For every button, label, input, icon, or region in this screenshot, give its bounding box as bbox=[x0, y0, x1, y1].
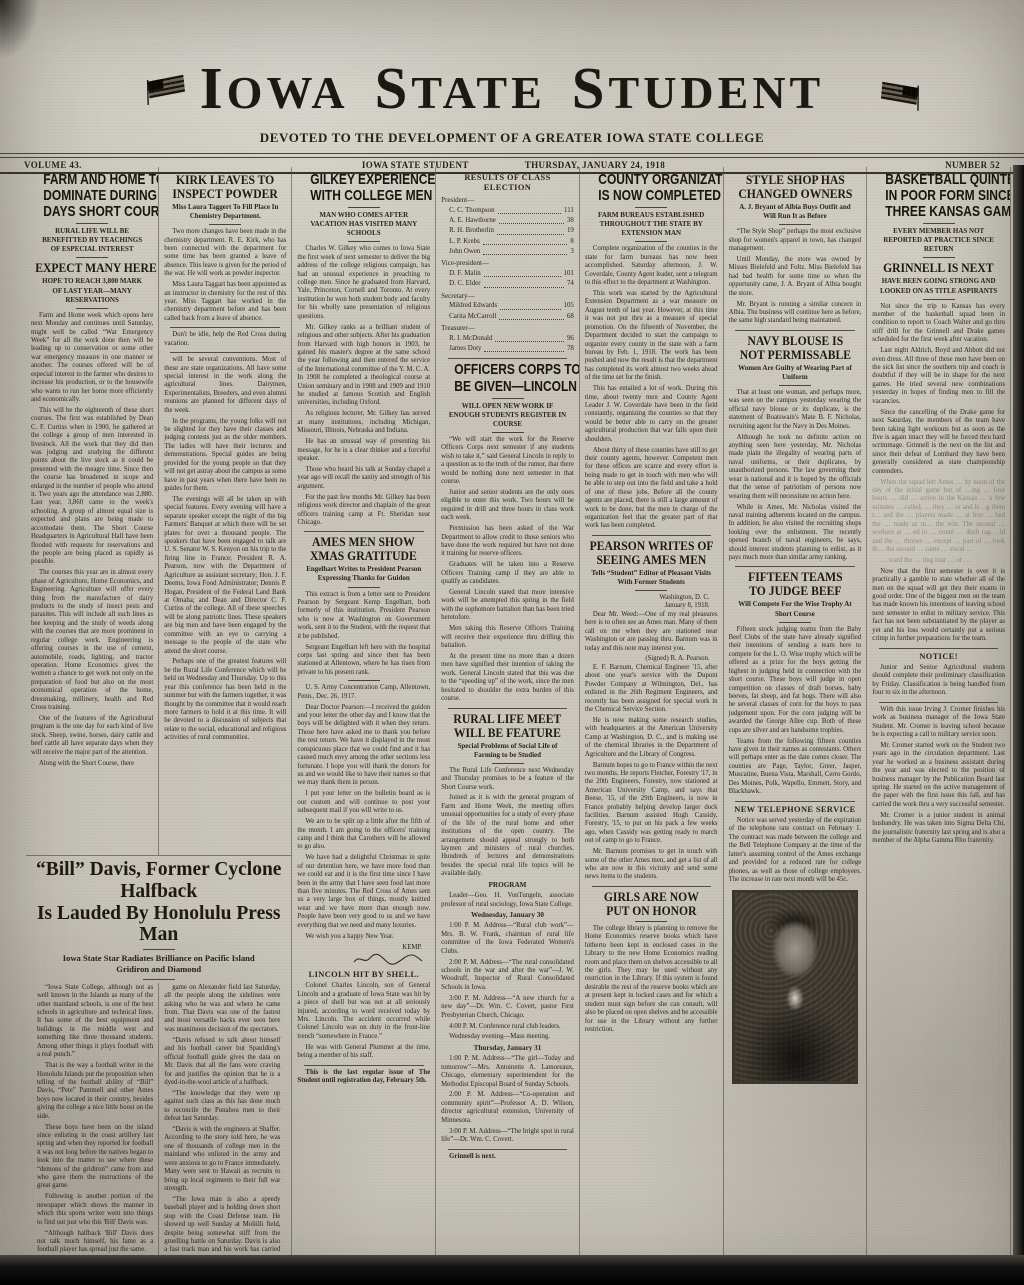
article-headline-small: LINCOLN HIT BY SHELL. bbox=[297, 970, 430, 980]
paragraph: 3:00 P. M. Address—“The bright spot in r… bbox=[441, 1128, 574, 1145]
section-rule bbox=[143, 949, 175, 950]
article-headline-small: RESULTS OF CLASS ELECTION bbox=[441, 173, 574, 194]
candidate-name: R. I. McDonald bbox=[449, 334, 492, 344]
program-heading: Wednesday, January 30 bbox=[441, 911, 574, 920]
kemp-signature-scrawl bbox=[297, 952, 430, 967]
election-row: D. F. Malin101 bbox=[441, 269, 574, 279]
paragraph: This has entailed a lot of work. During … bbox=[585, 385, 718, 444]
paragraph: Following is another portion of the news… bbox=[37, 1193, 153, 1227]
section-rule bbox=[635, 590, 667, 591]
headline-line: DAYS SHORT COURSE bbox=[43, 204, 141, 220]
paragraph: Charles W. Gilkey who comes to Iowa Stat… bbox=[297, 245, 430, 321]
section-rule bbox=[76, 257, 108, 258]
article-headline: GIRLS ARE NOWPUT ON HONOR bbox=[585, 890, 718, 918]
leader-dots bbox=[499, 223, 564, 224]
election-row: L. P. Krebs8 bbox=[441, 237, 574, 247]
election-row: Mildred Edwards105 bbox=[441, 301, 574, 311]
election-office-label: President— bbox=[441, 196, 574, 205]
program-heading: PROGRAM bbox=[441, 881, 574, 890]
election-office-label: Treasurer— bbox=[441, 324, 574, 333]
paragraph: Don't be idle, help the Red Cross during… bbox=[164, 331, 286, 348]
article-subhead: HAVE BEEN GOING STRONG AND LOOKED ON AS … bbox=[878, 277, 999, 295]
headline-line: FARM AND HOME TO bbox=[43, 172, 141, 188]
paragraph: Until Monday, the store was owned by Mis… bbox=[729, 256, 862, 298]
vote-count: 74 bbox=[567, 279, 574, 289]
headline-line: AMES MEN SHOW bbox=[302, 535, 425, 549]
section-rule bbox=[923, 299, 955, 300]
headline-line: “Bill” Davis, Former Cyclone Halfback bbox=[32, 859, 285, 903]
article-divider-rule bbox=[170, 352, 280, 353]
paragraph: Miss Laura Taggart has been appointed as… bbox=[164, 281, 286, 323]
article-divider-rule bbox=[448, 358, 567, 359]
candidate-name: L. P. Krebs bbox=[449, 237, 480, 247]
article-headline: GILKEY EXPERIENCEDWITH COLLEGE MEN bbox=[297, 172, 430, 204]
paragraph: This work was started by the Agricultura… bbox=[585, 290, 718, 383]
paragraph: Fifteen stock judging teams from the Bab… bbox=[729, 626, 862, 735]
paragraph: Teams from the following fifteen countie… bbox=[729, 738, 862, 797]
paragraph: At the present time no more than a dozen… bbox=[441, 653, 574, 704]
article-headline: PEARSON WRITES OFSEEING AMES MEN bbox=[585, 539, 718, 567]
candidate-name: Carita McCarroll bbox=[449, 312, 496, 322]
paragraph: Joined as it is with the general program… bbox=[441, 794, 574, 878]
paragraph: We wish you a happy New Year. bbox=[297, 933, 430, 941]
paragraph: Farm and Home week which opens here next… bbox=[31, 312, 153, 405]
headline-line: THREE KANSAS GAMES bbox=[886, 204, 992, 220]
column-4: RESULTS OF CLASS ELECTIONPresident—C. C.… bbox=[436, 167, 580, 1255]
american-flag-icon-left bbox=[144, 74, 189, 111]
article-headline: GRINNELL IS NEXT bbox=[872, 261, 1005, 275]
leader-dots bbox=[498, 213, 561, 214]
title-word: STUDENT bbox=[572, 60, 824, 119]
section-rule bbox=[348, 241, 380, 242]
paragraph: Complete organization of the counties in… bbox=[585, 245, 718, 287]
paragraph: “Iowa State College, although not as wel… bbox=[37, 984, 153, 1060]
article-divider-rule bbox=[304, 531, 423, 532]
paragraph: Mr. Barnum promises to get in touch with… bbox=[585, 848, 718, 882]
leader-dots bbox=[483, 254, 567, 255]
paragraph: Dear Mr. Weed:—One of my real pleasures … bbox=[585, 611, 718, 653]
paragraph: Those who heard his talk at Sunday chape… bbox=[297, 466, 430, 491]
paragraph: Sergeant Engelhart left here with the ho… bbox=[297, 644, 430, 678]
section-rule bbox=[779, 385, 811, 386]
section-rule bbox=[348, 587, 380, 588]
column-3: GILKEY EXPERIENCEDWITH COLLEGE MENMAN WH… bbox=[292, 167, 436, 1255]
paragraph: While in Ames, Mr. Nicholas visited the … bbox=[729, 504, 862, 563]
headline-line: Is Lauded By Honolulu Press Man bbox=[32, 903, 285, 947]
paragraph-bold: Grinnell is next. bbox=[441, 1153, 574, 1161]
paragraph: For the past few months Mr. Gilkey has b… bbox=[297, 494, 430, 528]
headline-line: BASKETBALL QUINTET bbox=[886, 172, 992, 188]
article-headline: OFFICERS CORPS TOBE GIVEN—LINCOLN bbox=[441, 362, 574, 394]
election-row: James Doty78 bbox=[441, 344, 574, 354]
article-subhead: Will Compete For the Wise Trophy At Shor… bbox=[735, 600, 856, 618]
vote-count: 38 bbox=[567, 216, 574, 226]
paragraph: “The Style Shop” perhaps the most exclus… bbox=[729, 228, 862, 253]
headline-line: COUNTY ORGANIZATION bbox=[598, 172, 704, 188]
scan-edge-right bbox=[1013, 165, 1024, 1285]
headline-line: GRINNELL IS NEXT bbox=[877, 261, 1000, 275]
headline-line: BE GIVEN—LINCOLN bbox=[454, 379, 560, 395]
paragraph: Mr. Bryant is running a similar concern … bbox=[729, 301, 862, 326]
letter-dateline: KEMP. bbox=[297, 944, 430, 952]
vote-count: 111 bbox=[564, 206, 574, 216]
davis-subhead: Iowa State Star Radiates Brilliance on P… bbox=[46, 953, 271, 974]
column-2: KIRK LEAVES TOINSPECT POWDERMiss Laura T… bbox=[159, 167, 291, 855]
section-rule bbox=[492, 398, 524, 399]
paragraph: 1:00 P. M. Address—“The girl—Today and t… bbox=[441, 1055, 574, 1089]
paragraph: In the programs, the young folks will no… bbox=[164, 418, 286, 494]
paragraph: game on Alexander field last Saturday, a… bbox=[164, 984, 280, 1035]
paragraph: Permission has been asked of the War Dep… bbox=[441, 525, 574, 559]
vote-count: 19 bbox=[567, 226, 574, 236]
article-headline: FIFTEEN TEAMSTO JUDGE BEEF bbox=[729, 570, 862, 598]
article-divider-rule bbox=[170, 327, 280, 328]
columns-1-2-top: FARM AND HOME TODOMINATE DURING SIXDAYS … bbox=[26, 167, 291, 855]
paragraph: “The knowledge that they were up against… bbox=[164, 1090, 280, 1124]
election-row: D. C. Elder74 bbox=[441, 279, 574, 289]
article-subhead: Miss Laura Taggert To Fill Place In Chem… bbox=[170, 203, 280, 221]
paragraph: Since the cancelling of the Drake game f… bbox=[872, 409, 1005, 476]
davis-body: “Iowa State College, although not as wel… bbox=[32, 983, 285, 1255]
article-subhead: WILL OPEN NEW WORK IF ENOUGH STUDENTS RE… bbox=[447, 402, 568, 429]
headline-line: WITH COLLEGE MEN bbox=[311, 188, 417, 204]
headline-line: TO JUDGE BEEF bbox=[733, 584, 856, 598]
paragraph: 3:00 P. M. Address—“A new church for a n… bbox=[441, 995, 574, 1020]
paragraph: These boys have been on the island since… bbox=[37, 1124, 153, 1191]
paragraph: “Davis refused to talk about himself and… bbox=[164, 1037, 280, 1088]
section-rule bbox=[923, 257, 955, 258]
paragraph: This extract is from a letter sent to Pr… bbox=[297, 591, 430, 642]
article-columns: FARM AND HOME TODOMINATE DURING SIXDAYS … bbox=[26, 167, 1011, 1255]
leader-dots bbox=[483, 244, 568, 245]
article-subhead: MAN WHO COMES AFTER VACATION HAS VISITED… bbox=[303, 211, 424, 238]
article-divider-rule bbox=[592, 535, 711, 536]
title-word: IOWA bbox=[200, 60, 349, 119]
headline-line: PEARSON WRITES OF bbox=[590, 539, 713, 553]
headline-line: INSPECT POWDER bbox=[168, 187, 282, 201]
paragraph: Mr. Cromer is a junior student in animal… bbox=[872, 812, 1005, 846]
paragraph: Along with the Short Course, there bbox=[31, 760, 153, 768]
headline-line: IS NOW COMPLETED bbox=[598, 188, 704, 204]
newspaper-subtitle: DEVOTED TO THE DEVELOPMENT OF A GREATER … bbox=[0, 130, 1024, 146]
article-divider-rule bbox=[592, 886, 711, 887]
section-rule bbox=[635, 241, 667, 242]
paragraph: As religious lecturer, Mr. Gilkey has se… bbox=[297, 410, 430, 435]
article-divider-rule bbox=[735, 801, 854, 802]
candidate-name: D. F. Malin bbox=[449, 269, 481, 279]
leader-dots bbox=[499, 319, 564, 320]
paragraph: Barnum hopes to go to France within the … bbox=[585, 762, 718, 846]
election-row: John Owen3 bbox=[441, 247, 574, 257]
headline-line: NOT PERMISSABLE bbox=[733, 348, 856, 362]
headline-line: EXPECT MANY HERE bbox=[35, 261, 149, 275]
article-headline: BASKETBALL QUINTETIN POOR FORM SINCETHRE… bbox=[872, 172, 1005, 220]
paragraph: “Although halfback 'Bill' Davis does not… bbox=[37, 1230, 153, 1255]
paragraph: He was with General Plummer at the time,… bbox=[297, 1044, 430, 1061]
paragraph: 1:00 P. M. Address—“Rural club work”—Mrs… bbox=[441, 922, 574, 956]
election-office-label: Secretary— bbox=[441, 292, 574, 301]
article-subhead: FARM BUREAUS ESTABLISHED THROUGHOUT THE … bbox=[591, 211, 712, 238]
headline-line: NAVY BLOUSE IS bbox=[733, 334, 856, 348]
paragraph: “The Iowa man is also a speedy baseball … bbox=[164, 1196, 280, 1255]
column-5: COUNTY ORGANIZATIONIS NOW COMPLETEDFARM … bbox=[580, 167, 724, 1255]
paragraph: Junior and senior students are the only … bbox=[441, 489, 574, 523]
article-headline: AMES MEN SHOWXMAS GRATITUDE bbox=[297, 535, 430, 563]
paragraph: will be several conventions. Most of the… bbox=[164, 356, 286, 415]
column-1: FARM AND HOME TODOMINATE DURING SIXDAYS … bbox=[26, 167, 159, 855]
candidate-name: A. E. Hawthorne bbox=[449, 216, 496, 226]
paragraph: Two more changes have been made in the c… bbox=[164, 228, 286, 279]
paragraph: Mr. Cromer started work on the Student t… bbox=[872, 742, 1005, 809]
paragraph: Although he took no definite action on a… bbox=[729, 434, 862, 501]
candidate-name: John Owen bbox=[449, 247, 480, 257]
article-headline-small: NEW TELEPHONE SERVICE bbox=[729, 805, 862, 815]
candidate-name: James Doty bbox=[449, 344, 481, 354]
vote-count: 105 bbox=[564, 301, 574, 311]
headline-line: GIRLS ARE NOW bbox=[590, 890, 713, 904]
article-divider-rule bbox=[735, 566, 854, 567]
section-rule bbox=[76, 308, 108, 309]
leader-dots bbox=[484, 351, 563, 352]
headline-line: GILKEY EXPERIENCED bbox=[311, 172, 417, 188]
headline-line: RURAL LIFE MEET bbox=[446, 712, 569, 726]
paragraph: We have had a delightful Christmas in sp… bbox=[297, 854, 430, 930]
newspaper-page: IOWASTATESTUDENT DEVOTED TO THE DEVELOPM… bbox=[0, 0, 1024, 1285]
leader-dots bbox=[497, 234, 564, 235]
american-flag-icon-right bbox=[877, 80, 922, 117]
paragraph: … ward the … ting four … of … bbox=[872, 557, 1005, 565]
cromer-portrait-photo bbox=[732, 890, 859, 1084]
paragraph: U. S. Army Concentration Camp, Allentown… bbox=[297, 684, 430, 701]
letter-dateline: January 8, 1918. bbox=[585, 602, 718, 610]
paragraph: Colonel Charles Lincoln, son of General … bbox=[297, 982, 430, 1041]
article-subhead: Women Are Guilty of Wearing Part of Unif… bbox=[735, 364, 856, 382]
article-headline: STYLE SHOP HASCHANGED OWNERS bbox=[729, 173, 862, 201]
headline-line: FIFTEEN TEAMS bbox=[733, 570, 856, 584]
davis-article: “Bill” Davis, Former Cyclone HalfbackIs … bbox=[26, 855, 291, 1255]
article-subhead: EVERY MEMBER HAS NOT REPORTED AT PRACTIC… bbox=[878, 227, 999, 254]
paragraph: That at least one woman, and perhaps mor… bbox=[729, 389, 862, 431]
election-row: R. H. Brotherlin19 bbox=[441, 226, 574, 236]
election-row: R. I. McDonald96 bbox=[441, 334, 574, 344]
vote-count: 68 bbox=[567, 312, 574, 322]
paragraph: Wednesday evening—Mass meeting. bbox=[441, 1033, 574, 1041]
paragraph: The college library is planning to remov… bbox=[585, 925, 718, 1034]
paragraph: Graduates will be taken into a Reserve O… bbox=[441, 561, 574, 586]
paragraph: Last night Aldrich, Boyd and Abbott did … bbox=[872, 347, 1005, 406]
paragraph: When the squad left Ames … by noon of th… bbox=[872, 479, 1005, 555]
paragraph: The evenings will all be taken up with s… bbox=[164, 496, 286, 656]
vote-count: 96 bbox=[567, 334, 574, 344]
leader-dots bbox=[495, 341, 564, 342]
columns-1-2: FARM AND HOME TODOMINATE DURING SIXDAYS … bbox=[26, 167, 292, 1255]
paragraph: We are to be split up a little after the… bbox=[297, 818, 430, 852]
article-subhead: HOPE TO REACH 3,800 MARK OF LAST YEAR—MA… bbox=[37, 277, 147, 304]
paragraph: The Rural Life Conference next Wednesday… bbox=[441, 767, 574, 792]
candidate-name: Mildred Edwards bbox=[449, 301, 497, 311]
article-divider-rule bbox=[735, 330, 854, 331]
paragraph: Mr. Gilkey ranks as a brilliant student … bbox=[297, 324, 430, 408]
masthead: IOWASTATESTUDENT DEVOTED TO THE DEVELOPM… bbox=[0, 0, 1024, 174]
section-rule bbox=[348, 680, 380, 681]
paragraph: He has an unusual way of presenting his … bbox=[297, 438, 430, 463]
article-subhead: Tells “Student” Editor of Pleasant Visit… bbox=[591, 569, 712, 587]
headline-line: WILL BE FEATURE bbox=[446, 726, 569, 740]
section-rule bbox=[348, 207, 380, 208]
paragraph: “We will start the work for the Reserve … bbox=[441, 436, 574, 487]
title-word: STATE bbox=[375, 60, 546, 119]
paragraph: Now that the first semester is over it i… bbox=[872, 568, 1005, 644]
article-headline: FARM AND HOME TODOMINATE DURING SIXDAYS … bbox=[31, 172, 153, 220]
article-headline: NAVY BLOUSE ISNOT PERMISSABLE bbox=[729, 334, 862, 362]
paragraph: “Davis is with the engineers at Shaffer.… bbox=[164, 1126, 280, 1193]
article-subhead: A. J. Bryant of Albia Buys Outfit and Wi… bbox=[735, 203, 856, 221]
headline-line: IN POOR FORM SINCE bbox=[886, 188, 992, 204]
letter-dateline: (Signed) R. A. Pearson. bbox=[585, 655, 718, 663]
paragraph: Junior and Senior Agricultural students … bbox=[872, 664, 1005, 698]
headline-line: KIRK LEAVES TO bbox=[168, 173, 282, 187]
leader-dots bbox=[500, 309, 560, 310]
scan-edge-bottom bbox=[0, 1255, 1024, 1285]
headline-line: CHANGED OWNERS bbox=[733, 187, 856, 201]
article-headline: COUNTY ORGANIZATIONIS NOW COMPLETED bbox=[585, 172, 718, 204]
paragraph: 2:00 P. M. Address—“The rural consolidat… bbox=[441, 959, 574, 993]
paragraph: Notice was served yesterday of the expir… bbox=[729, 817, 862, 884]
article-divider-rule bbox=[448, 708, 567, 709]
davis-body-right: game on Alexander field last Saturday, a… bbox=[159, 983, 285, 1255]
paragraph: E. F. Barnum, Chemical Engineer '15, aft… bbox=[585, 664, 718, 715]
paragraph: The courses this year are in almost ever… bbox=[31, 569, 153, 712]
section-rule bbox=[779, 224, 811, 225]
paragraph: With this issue Irving J. Cromer finishe… bbox=[872, 706, 1005, 740]
section-rule bbox=[492, 763, 524, 764]
section-rule bbox=[209, 224, 241, 225]
section-rule bbox=[635, 207, 667, 208]
davis-headline: “Bill” Davis, Former Cyclone HalfbackIs … bbox=[32, 859, 285, 946]
leader-dots bbox=[484, 287, 564, 288]
section-rule bbox=[492, 432, 524, 433]
section-rule bbox=[635, 921, 667, 922]
paragraph: About thirty of these counties have stil… bbox=[585, 447, 718, 531]
article-divider-rule bbox=[304, 1065, 423, 1066]
paragraph: He is now making some research studies, … bbox=[585, 717, 718, 759]
paragraph: Perhaps one of the greatest features wil… bbox=[164, 658, 286, 742]
article-headline: EXPECT MANY HERE bbox=[31, 261, 153, 275]
article-subhead: RURAL LIFE WILL BE BENEFITTED BY TEACHIN… bbox=[37, 227, 147, 254]
article-divider-rule bbox=[879, 702, 998, 703]
vote-count: 101 bbox=[564, 269, 574, 279]
vote-count: 3 bbox=[570, 247, 573, 257]
section-rule bbox=[779, 622, 811, 623]
candidate-name: C. C. Thompson bbox=[449, 206, 494, 216]
headline-line: STYLE SHOP HAS bbox=[733, 173, 856, 187]
candidate-name: D. C. Elder bbox=[449, 279, 480, 289]
paragraph: General Lincoln stated that more intensi… bbox=[441, 589, 574, 623]
election-row: C. C. Thompson111 bbox=[441, 206, 574, 216]
section-rule bbox=[76, 223, 108, 224]
paragraph: Leader—Geo. H. VonTungeln, associate pro… bbox=[441, 892, 574, 909]
leader-dots bbox=[484, 276, 561, 277]
headline-line: PUT ON HONOR bbox=[590, 904, 713, 918]
vote-count: 8 bbox=[570, 237, 573, 247]
program-heading: Thursday, January 31 bbox=[441, 1044, 574, 1053]
article-subhead: Engelhart Writes to President Pearson Ex… bbox=[303, 565, 424, 583]
candidate-name: R. H. Brotherlin bbox=[449, 226, 494, 236]
column-7: BASKETBALL QUINTETIN POOR FORM SINCETHRE… bbox=[867, 167, 1011, 1255]
headline-line: OFFICERS CORPS TO bbox=[454, 362, 560, 378]
article-headline: RURAL LIFE MEETWILL BE FEATURE bbox=[441, 712, 574, 740]
headline-line: DOMINATE DURING SIX bbox=[43, 188, 141, 204]
paragraph: Not since the trip to Kansas has every m… bbox=[872, 303, 1005, 345]
election-row: Carita McCarroll68 bbox=[441, 312, 574, 322]
election-office-label: Vice-president— bbox=[441, 259, 574, 268]
article-headline-small: NOTICE! bbox=[872, 652, 1005, 662]
paragraph: This will be the eighteenth of these sho… bbox=[31, 407, 153, 567]
headline-line: XMAS GRATITUDE bbox=[302, 549, 425, 563]
paragraph: Men taking this Reserve Officers Trainin… bbox=[441, 625, 574, 650]
vote-count: 78 bbox=[567, 344, 574, 354]
paragraph: That is the way a football writer in the… bbox=[37, 1062, 153, 1121]
paragraph-bold: This is the last regular issue of The St… bbox=[297, 1069, 430, 1086]
article-headline: KIRK LEAVES TOINSPECT POWDER bbox=[164, 173, 286, 201]
paragraph: 2:00 P. M. Address—“Co-operation and com… bbox=[441, 1091, 574, 1125]
headline-line: SEEING AMES MEN bbox=[590, 553, 713, 567]
paragraph: I put your letter on the bulletin board … bbox=[297, 790, 430, 815]
article-divider-rule bbox=[879, 648, 998, 649]
election-row: A. E. Hawthorne38 bbox=[441, 216, 574, 226]
paragraph: 4:00 P. M. Conference rural club leaders… bbox=[441, 1023, 574, 1031]
paragraph: Dear Doctor Pearson:—I received the guid… bbox=[297, 704, 430, 788]
article-subhead: Special Problems of Social Life of Farmi… bbox=[447, 742, 568, 760]
paragraph: One of the features of the Agricultural … bbox=[31, 715, 153, 757]
section-rule bbox=[923, 223, 955, 224]
letter-dateline: Washington, D. C. bbox=[585, 594, 718, 602]
section-rule bbox=[143, 979, 175, 980]
column-6: STYLE SHOP HASCHANGED OWNERSA. J. Bryant… bbox=[724, 167, 868, 1255]
davis-body-left: “Iowa State College, although not as wel… bbox=[32, 983, 159, 1255]
article-divider-rule bbox=[448, 1149, 567, 1150]
